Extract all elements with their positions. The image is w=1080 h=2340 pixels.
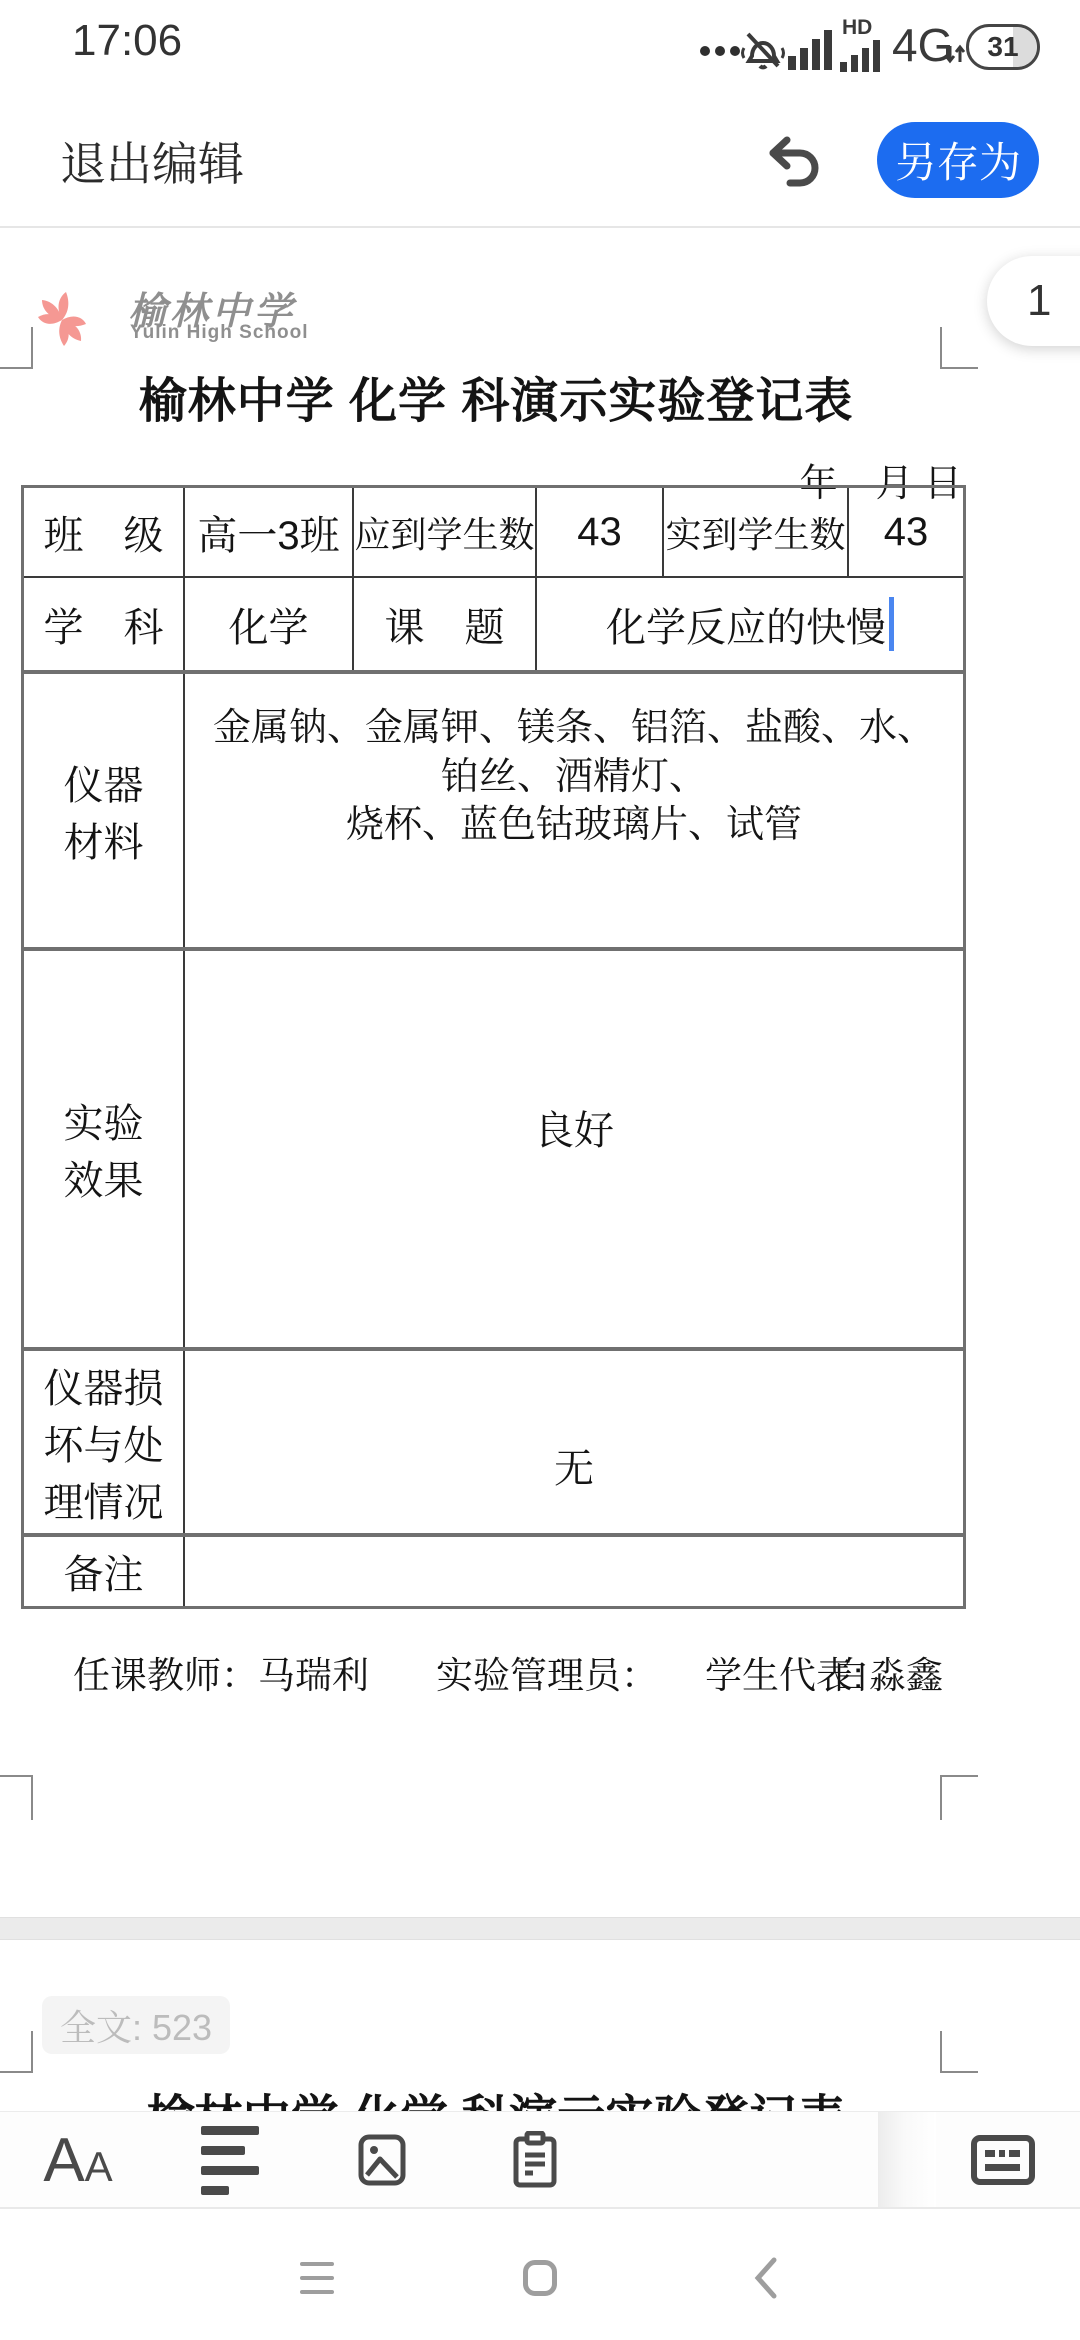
equipment-label-cell[interactable]: 仪器 材料 bbox=[24, 674, 183, 947]
clipboard-icon bbox=[512, 2131, 558, 2189]
wps-editor-screen: 17:06 HD 4G 31 退出编辑 另存为 bbox=[0, 0, 1080, 2340]
equipment-value-cell[interactable]: 金属钠、金属钾、镁条、铝箔、盐酸、水、铂丝、酒精灯、 烧杯、蓝色钴玻璃片、试管 bbox=[183, 674, 963, 947]
table-row: 实验 效果 良好 bbox=[24, 947, 963, 1347]
remark-label-cell[interactable]: 备注 bbox=[24, 1537, 183, 1606]
margin-mark-bottom-right bbox=[940, 1775, 978, 1820]
save-as-button[interactable]: 另存为 bbox=[877, 122, 1039, 198]
clipboard-button[interactable] bbox=[490, 2118, 580, 2202]
expected-value-cell[interactable]: 43 bbox=[535, 488, 662, 576]
topic-label-cell[interactable]: 课 题 bbox=[352, 578, 535, 670]
data-arrows-icon bbox=[944, 42, 966, 66]
nav-home-button[interactable] bbox=[500, 2248, 580, 2308]
notification-dots-icon bbox=[700, 46, 740, 56]
table-row: 仪器 材料 金属钠、金属钾、镁条、铝箔、盐酸、水、铂丝、酒精灯、 烧杯、蓝色钴玻… bbox=[24, 670, 963, 947]
font-style-button[interactable]: AA bbox=[33, 2118, 123, 2202]
subject-label-cell[interactable]: 学 科 bbox=[24, 578, 183, 670]
status-time: 17:06 bbox=[72, 16, 182, 66]
table-row: 备注 bbox=[24, 1533, 963, 1606]
remark-value-cell[interactable] bbox=[183, 1537, 963, 1606]
damage-label-cell[interactable]: 仪器损 坏与处 理情况 bbox=[24, 1351, 183, 1533]
subject-value-cell[interactable]: 化学 bbox=[183, 578, 352, 670]
school-logo-flower-icon bbox=[36, 290, 88, 352]
experiment-table: 班 级 高一3班 应到学生数 43 实到学生数 43 学 科 化学 课 题 化学… bbox=[21, 485, 966, 1609]
keyboard-icon bbox=[971, 2135, 1035, 2185]
effect-value-cell[interactable]: 良好 bbox=[183, 951, 963, 1347]
back-chevron-icon bbox=[752, 2256, 778, 2300]
recents-icon bbox=[300, 2262, 334, 2294]
table-row: 仪器损 坏与处 理情况 无 bbox=[24, 1347, 963, 1533]
margin-mark-page2-left bbox=[0, 2031, 33, 2073]
paragraph-icon bbox=[201, 2126, 259, 2195]
word-count-badge: 全文: 523 bbox=[42, 1996, 230, 2054]
page-separator bbox=[0, 1917, 1080, 1940]
nav-recents-button[interactable] bbox=[277, 2248, 357, 2308]
document-title[interactable]: 榆林中学 化学 科演示实验登记表 bbox=[0, 362, 992, 431]
student-name[interactable]: 白淼鑫 bbox=[832, 1645, 943, 1699]
teacher-name[interactable]: 马瑞利 bbox=[258, 1645, 369, 1699]
page-number-bubble: 1 bbox=[987, 256, 1080, 346]
exit-edit-button[interactable]: 退出编辑 bbox=[60, 128, 244, 194]
page2-title-clipped: 榆林中学 化学 科演示实验登记表 bbox=[0, 2079, 992, 2111]
insert-image-button[interactable] bbox=[337, 2118, 427, 2202]
nav-back-button[interactable] bbox=[725, 2248, 805, 2308]
expected-label-cell[interactable]: 应到学生数 bbox=[352, 488, 535, 576]
image-icon bbox=[358, 2134, 406, 2186]
actual-value-cell[interactable]: 43 bbox=[847, 488, 963, 576]
table-row: 班 级 高一3班 应到学生数 43 实到学生数 43 bbox=[24, 488, 963, 576]
text-cursor bbox=[889, 597, 894, 651]
undo-icon[interactable] bbox=[760, 126, 828, 194]
battery-indicator: 31 bbox=[966, 24, 1040, 70]
damage-value-cell[interactable]: 无 bbox=[183, 1351, 963, 1533]
hide-keyboard-button[interactable] bbox=[958, 2118, 1048, 2202]
signal-bars2-icon bbox=[840, 40, 888, 72]
teacher-label[interactable]: 任课教师： bbox=[73, 1645, 258, 1699]
font-aa-icon: AA bbox=[43, 2125, 112, 2196]
class-value-cell[interactable]: 高一3班 bbox=[183, 488, 352, 576]
school-logo-en: Yulin High School bbox=[130, 322, 309, 344]
keyboard-panel-divider bbox=[878, 2112, 936, 2207]
home-icon bbox=[523, 2260, 557, 2296]
topic-text: 化学反应的快慢 bbox=[606, 596, 886, 653]
actual-label-cell[interactable]: 实到学生数 bbox=[662, 488, 847, 576]
margin-mark-bottom-left bbox=[0, 1775, 33, 1820]
signal-bars-icon bbox=[788, 26, 838, 70]
table-row: 学 科 化学 课 题 化学反应的快慢 bbox=[24, 576, 963, 670]
paragraph-button[interactable] bbox=[185, 2118, 275, 2202]
effect-label-cell[interactable]: 实验 效果 bbox=[24, 951, 183, 1347]
margin-mark-page2-right bbox=[940, 2031, 978, 2073]
class-label-cell[interactable]: 班 级 bbox=[24, 488, 183, 576]
topic-value-cell[interactable]: 化学反应的快慢 bbox=[535, 578, 963, 670]
mute-bell-icon bbox=[740, 22, 786, 74]
toolbar-divider bbox=[0, 226, 1080, 228]
hd-indicator: HD bbox=[842, 16, 872, 40]
manager-label[interactable]: 实验管理员： bbox=[436, 1645, 658, 1699]
